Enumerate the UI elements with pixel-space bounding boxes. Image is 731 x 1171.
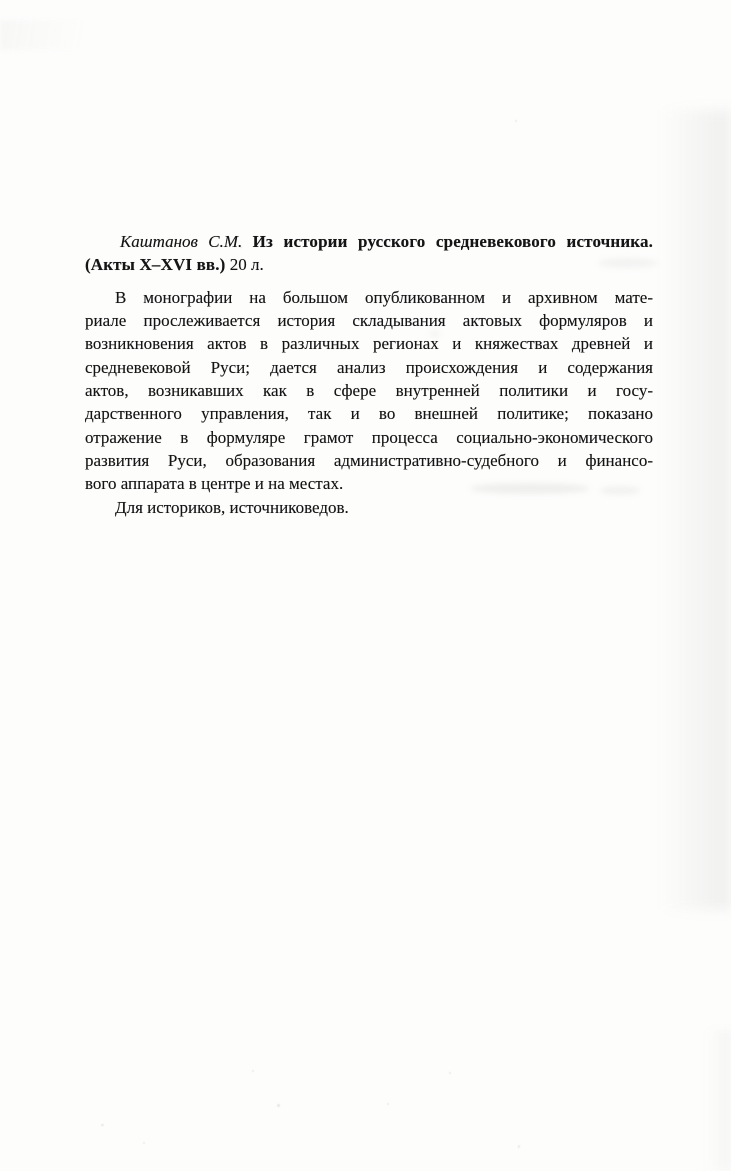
annotation-paragraph: В монографии на большом опубликованном и… xyxy=(85,286,653,496)
annotation-line: В монографии на большом опубликованном и… xyxy=(85,286,653,309)
annotation-line: вого аппарата в центре и на местах. xyxy=(85,472,653,495)
scan-speck xyxy=(449,1072,451,1074)
annotation-line: развития Руси, образования административ… xyxy=(85,449,653,472)
scan-edge-shadow xyxy=(659,110,731,910)
scan-speck xyxy=(101,1124,104,1126)
scan-speck xyxy=(518,1145,520,1148)
scan-speck xyxy=(143,1142,145,1144)
entry-heading-line-1: Каштанов С.М. Из истории русского средне… xyxy=(85,230,653,253)
bibliographic-record: Каштанов С.М. Из истории русского средне… xyxy=(85,230,653,519)
scan-speck xyxy=(252,1070,254,1072)
annotation-line: дарственного управления, так и во внешне… xyxy=(85,402,653,425)
scan-edge-shadow-bottom xyxy=(705,1030,731,1171)
scan-streak xyxy=(0,20,120,50)
entry-author: Каштанов С.М. xyxy=(120,232,242,251)
entry-title-part-2: (Акты X–XVI вв.) xyxy=(85,255,225,274)
annotation-line: возникновения актов в различных регионах… xyxy=(85,332,653,355)
annotation-line: актов, возникавших как в сфере внутренне… xyxy=(85,379,653,402)
entry-heading-line-2: (Акты X–XVI вв.) 20 л. xyxy=(85,253,653,276)
scan-speck xyxy=(277,1104,280,1107)
annotation-line: отражение в формуляре грамот процесса со… xyxy=(85,426,653,449)
entry-title-part-1: Из истории русского средневекового источ… xyxy=(253,232,653,251)
annotation-line: средневековой Руси; дается анализ происх… xyxy=(85,356,653,379)
scanned-page: Каштанов С.М. Из истории русского средне… xyxy=(0,0,731,1171)
scan-speck xyxy=(387,1103,389,1105)
entry-extent: 20 л. xyxy=(230,255,264,274)
annotation-line: риале прослеживается история складывания… xyxy=(85,309,653,332)
scan-speck xyxy=(515,120,517,122)
audience-line: Для историков, источниковедов. xyxy=(85,496,653,519)
